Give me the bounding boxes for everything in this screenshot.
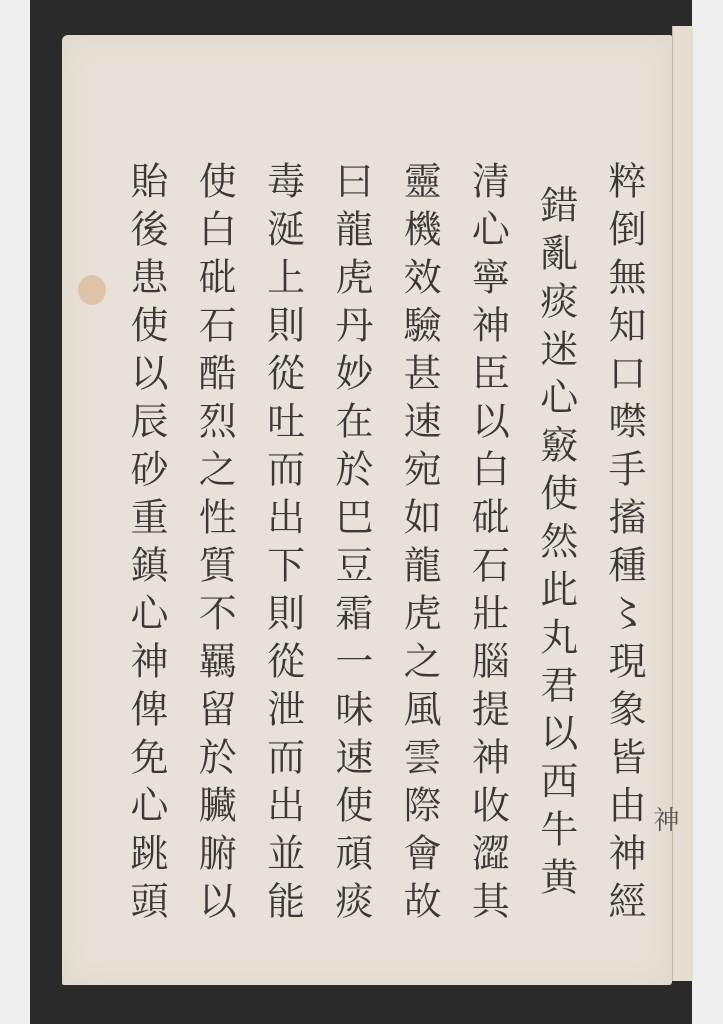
text-column-8: 貽後患使以辰砂重鎮心神俾免心跳頭: [108, 150, 170, 940]
manuscript-text: 粹倒無知口噤手搐種〻現象皆由神經 錯亂痰迷心竅使然此丸君以西牛黄 清心寧神臣以白…: [108, 150, 648, 940]
marginal-annotation: 神: [646, 806, 683, 832]
text-column-3: 清心寧神臣以白砒石壯腦提神收澀其: [449, 150, 511, 940]
text-column-4: 靈機效驗甚速宛如龍虎之風雲際會故: [381, 150, 443, 940]
text-column-6: 毒涎上則從吐而出下則從泄而出並能: [245, 150, 307, 940]
text-column-7: 使白砒石酷烈之性質不羈留於臟腑以: [176, 150, 238, 940]
text-column-5: 曰龍虎丹妙在於巴豆霜一味速使頑痰: [313, 150, 375, 940]
text-column-1: 粹倒無知口噤手搐種〻現象皆由神經: [586, 150, 648, 940]
text-column-2: 錯亂痰迷心竅使然此丸君以西牛黄: [518, 150, 580, 940]
paper-stain: [78, 275, 106, 305]
facing-page-edge: [672, 26, 693, 981]
